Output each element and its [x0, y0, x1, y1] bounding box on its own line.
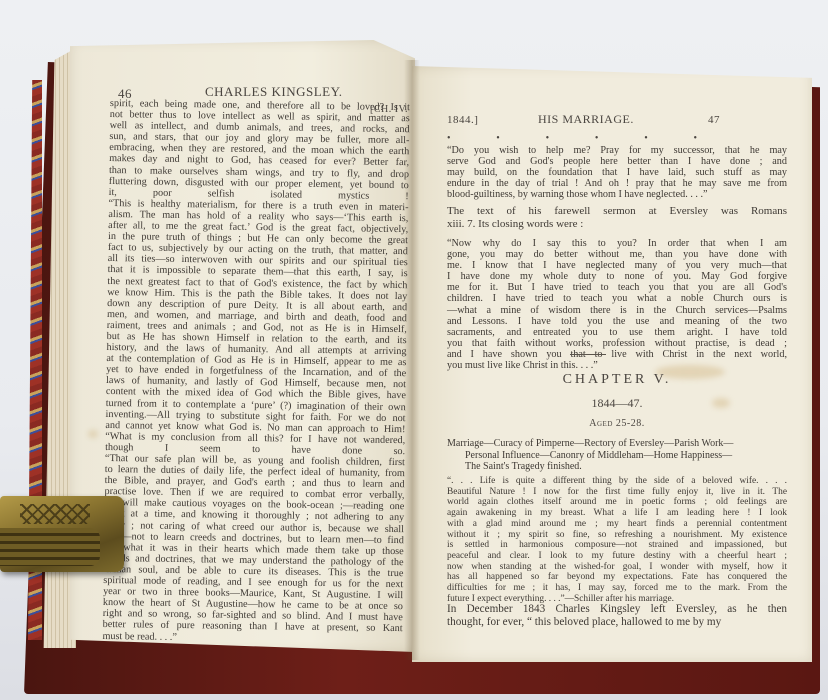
synopsis-line: Marriage—Curacy of Pimperne—Rectory of E… [447, 438, 787, 450]
text-line: In December 1843 Charles Kingsley left E… [447, 603, 787, 616]
text-line: me for it. But I have tried to teach you… [447, 282, 787, 293]
dot: • [693, 133, 697, 144]
text-line: with a glad mind around me ; my heart fi… [447, 519, 787, 530]
text-line: difficulties for me ; it has, I may say,… [447, 583, 787, 594]
ellipsis-dots: • • • • • • [447, 133, 697, 144]
left-page-body: spirit, each being made one, and therefo… [102, 98, 410, 646]
brass-page-clip [0, 496, 124, 572]
dot: • [595, 133, 599, 144]
synopsis-line: Personal Influence—Canonry of Middleham—… [447, 450, 787, 462]
text-line: you that faith without works, profession… [447, 338, 787, 349]
text-line: you must live like Christ in this. . . .… [447, 360, 787, 371]
chapter-body-opening: In December 1843 Charles Kingsley left E… [447, 603, 787, 629]
chapter-years: 1844—47. [447, 396, 787, 411]
text-line: again awakening in my breast. What a lif… [447, 508, 787, 519]
text-line: may build, on the foundation that I have… [447, 167, 787, 178]
clip-lattice-pattern [20, 504, 90, 524]
text-line: I have done my whole duty to none of you… [447, 271, 787, 282]
text-line: Beautiful Nature ! I now for the first t… [447, 487, 787, 498]
text-line: serve God and God's people here better t… [447, 156, 787, 167]
synopsis-line: The Saint's Tragedy finished. [447, 461, 787, 473]
quote-help-me: “Do you wish to help me? Pray for my suc… [447, 145, 787, 200]
text-line: and Lessons. I have told you the use and… [447, 316, 787, 327]
text-line: now when standing at the wished-for goal… [447, 562, 787, 573]
foxing-stain [88, 430, 98, 438]
right-page-number: 47 [708, 114, 720, 126]
chapter-title: CHAPTER V. [447, 372, 787, 388]
text-line: and I have shown you that to live with C… [447, 349, 787, 360]
right-running-title: HIS MARRIAGE. [538, 112, 634, 127]
text-line: xiii. 7. Its closing words were : [447, 218, 787, 231]
quote-closing-words: “Now why do I say this to you? In order … [447, 238, 787, 371]
dot: • [447, 133, 451, 144]
dot: • [644, 133, 648, 144]
text-line: peaceful and clear. I look to my future … [447, 551, 787, 562]
text-line: sacraments, and entreated you to use the… [447, 327, 787, 338]
text-line: endure in the day of trial ! And oh ! pr… [447, 178, 787, 189]
clip-ridges [0, 528, 100, 566]
text-line: “. . . Life is quite a different thing b… [447, 476, 787, 487]
text-line: is settled in harmonious composure—not s… [447, 540, 787, 551]
text-line: world again clothes itself around me in … [447, 497, 787, 508]
chapter-aged: Aged 25-28. [447, 418, 787, 429]
text-line: —what a mine of wisdom there is in the C… [447, 305, 787, 316]
right-year-reference: 1844.] [447, 114, 478, 126]
chapter-synopsis: Marriage—Curacy of Pimperne—Rectory of E… [447, 438, 787, 473]
text-line: children. I have tried to teach you what… [447, 293, 787, 304]
text-line: The text of his farewell sermon at Evers… [447, 205, 787, 218]
dot: • [546, 133, 550, 144]
chapter-rule [570, 354, 606, 355]
text-line: “Do you wish to help me? Pray for my suc… [447, 145, 787, 156]
farewell-sermon-text: The text of his farewell sermon at Evers… [447, 205, 787, 230]
open-book: 46 CHARLES KINGSLEY. [CH. IV. spirit, ea… [0, 0, 828, 700]
left-running-title: CHARLES KINGSLEY. [205, 84, 343, 100]
text-line: gone, you may do better without me, than… [447, 249, 787, 260]
text-line: has all happened so far beyond my expect… [447, 572, 787, 583]
text-line: blood-guiltiness, by warning those whom … [447, 189, 787, 200]
schiller-epigraph: “. . . Life is quite a different thing b… [447, 476, 787, 604]
text-line: without it ; my spirit so fine, so refre… [447, 530, 787, 541]
text-line: thought, for ever, “ this beloved place,… [447, 616, 787, 629]
dot: • [496, 133, 500, 144]
text-line: me. I know that I have neglected many of… [447, 260, 787, 271]
text-line: “Now why do I say this to you? In order … [447, 238, 787, 249]
